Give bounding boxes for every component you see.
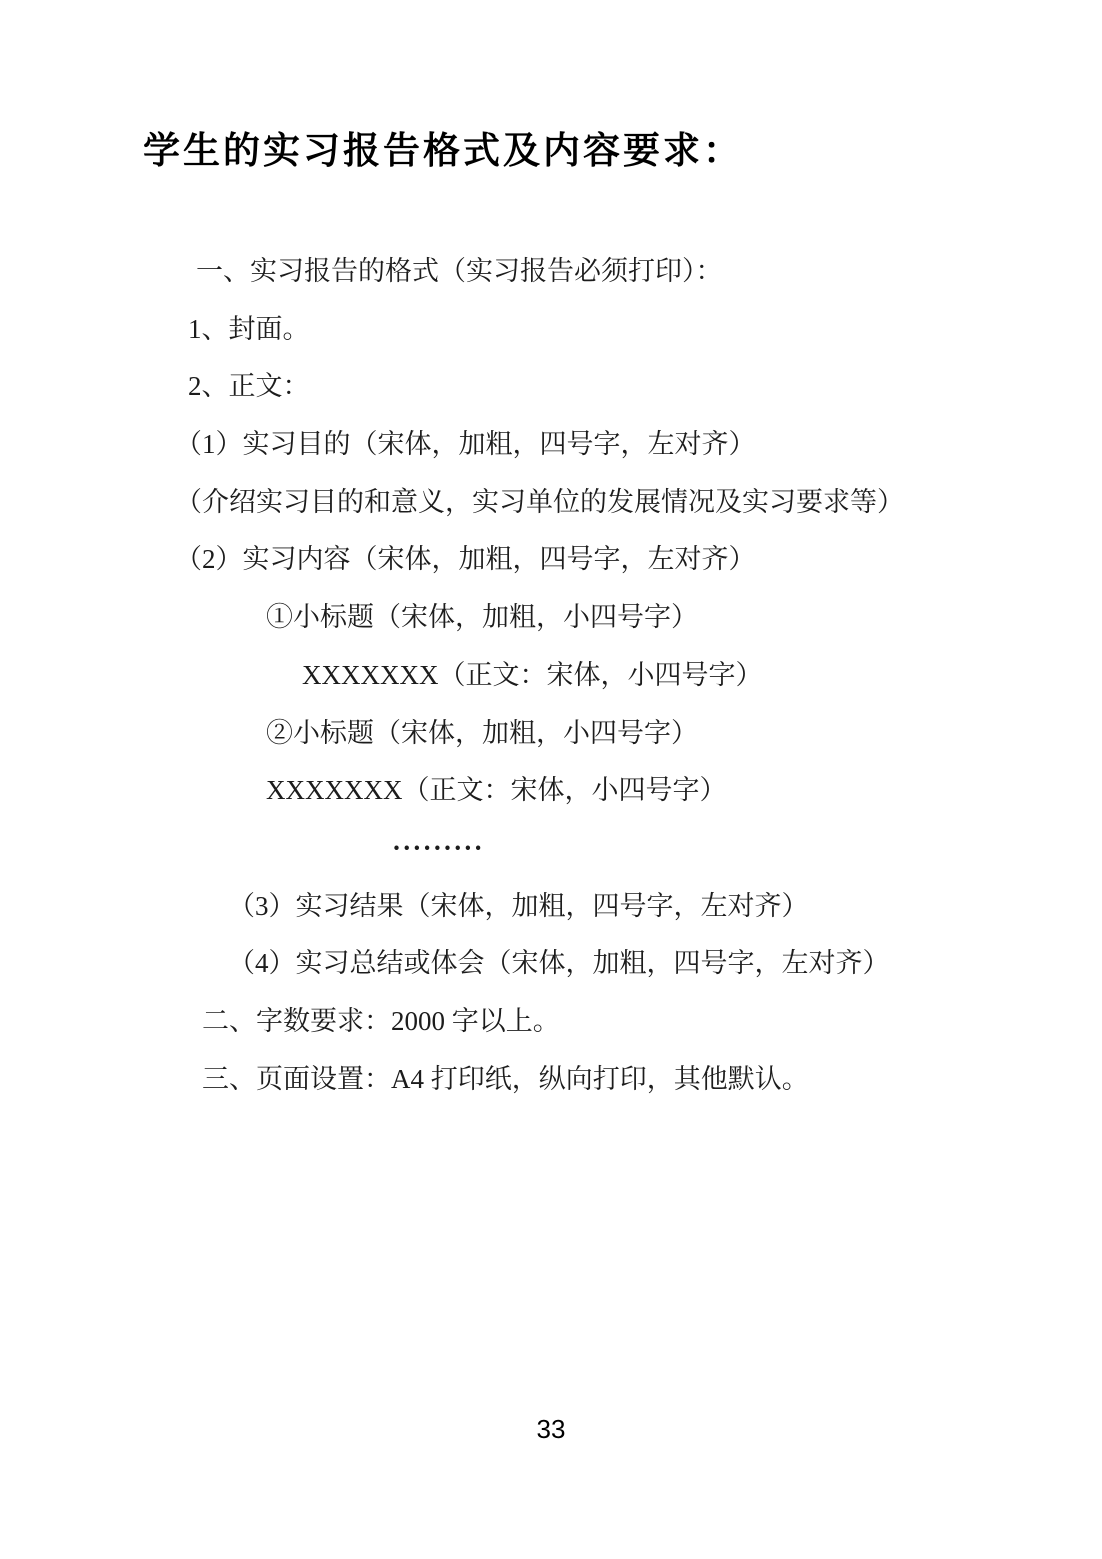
document-line: （1）实习目的（宋体，加粗，四号字，左对齐） bbox=[0, 416, 1102, 474]
document-line: 2、正文： bbox=[0, 358, 1102, 416]
page-number: 33 bbox=[0, 1413, 1102, 1445]
document-page: 学生的实习报告格式及内容要求： 一、实习报告的格式（实习报告必须打印）：1、封面… bbox=[0, 0, 1102, 1559]
document-line: ①小标题（宋体，加粗，小四号字） bbox=[0, 589, 1102, 647]
document-line: 二、字数要求：2000 字以上。 bbox=[0, 993, 1102, 1051]
document-title: 学生的实习报告格式及内容要求： bbox=[143, 130, 743, 174]
document-line: ········· bbox=[0, 820, 1102, 878]
document-line: XXXXXXX（正文：宋体，小四号字） bbox=[0, 647, 1102, 705]
document-line: （介绍实习目的和意义，实习单位的发展情况及实习要求等） bbox=[0, 474, 1102, 532]
document-line: 三、页面设置：A4 打印纸，纵向打印，其他默认。 bbox=[0, 1051, 1102, 1109]
document-body: 一、实习报告的格式（实习报告必须打印）：1、封面。2、正文：（1）实习目的（宋体… bbox=[0, 243, 1102, 1108]
document-line: 1、封面。 bbox=[0, 301, 1102, 359]
document-line: （2）实习内容（宋体，加粗，四号字，左对齐） bbox=[0, 531, 1102, 589]
document-line: ②小标题（宋体，加粗，小四号字） bbox=[0, 705, 1102, 763]
document-line: （4）实习总结或体会（宋体，加粗，四号字，左对齐） bbox=[0, 935, 1102, 993]
document-line: XXXXXXX（正文：宋体，小四号字） bbox=[0, 762, 1102, 820]
document-line: （3）实习结果（宋体，加粗，四号字，左对齐） bbox=[0, 878, 1102, 936]
document-line: 一、实习报告的格式（实习报告必须打印）： bbox=[0, 243, 1102, 301]
